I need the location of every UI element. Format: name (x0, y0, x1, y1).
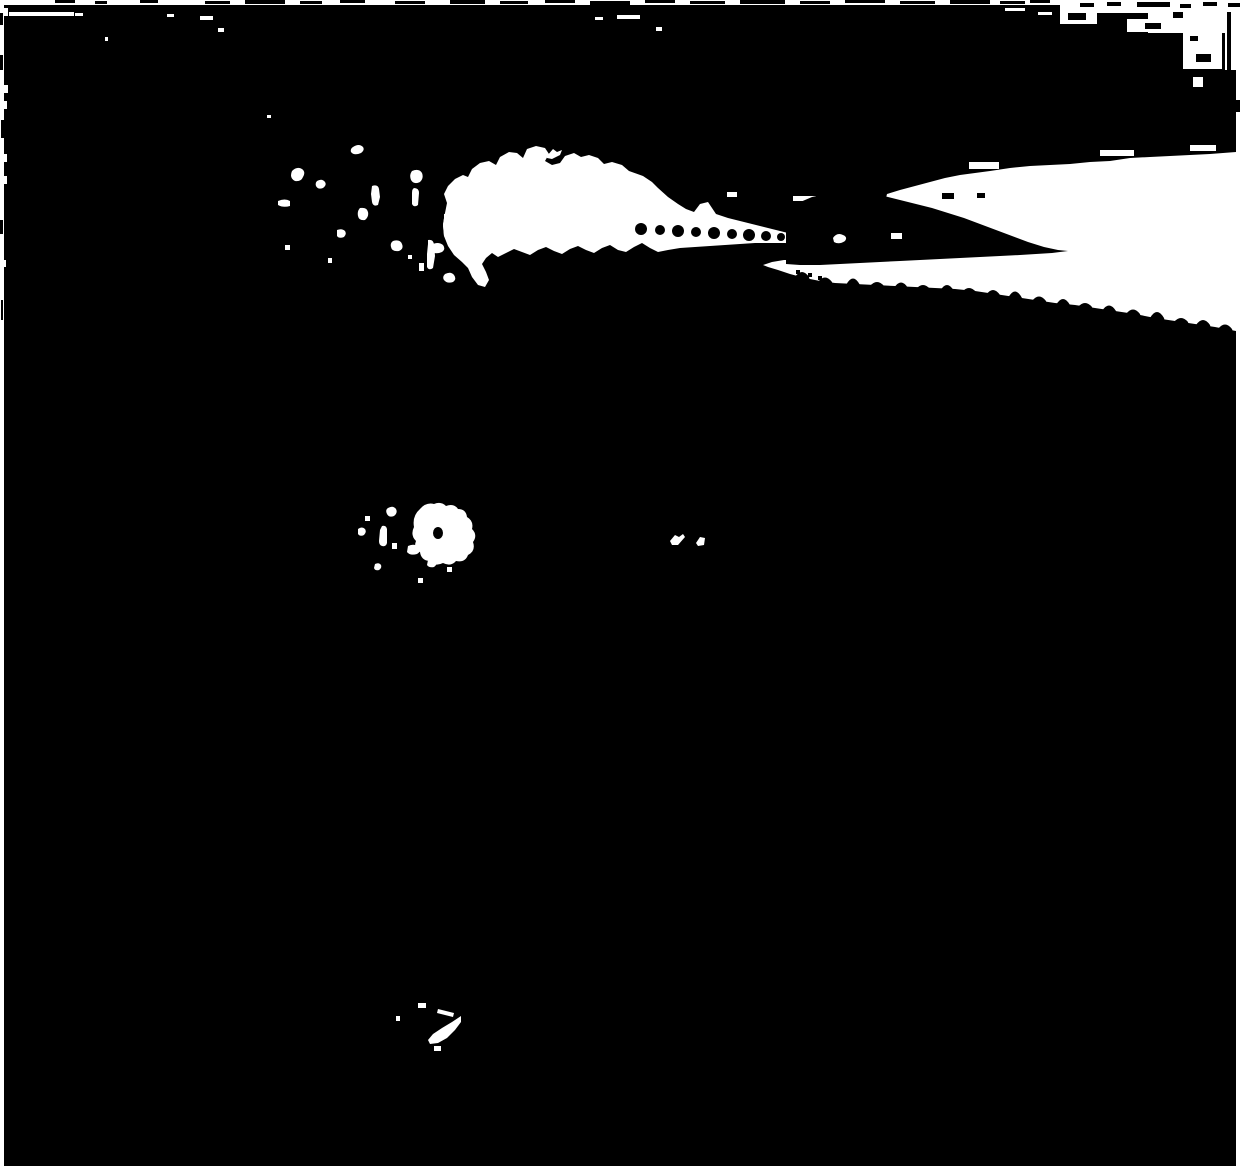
binarized-photo-svg (0, 0, 1240, 1173)
plume-bead-holes-dot (761, 231, 771, 241)
plume-bead-holes-dot (635, 223, 647, 235)
plume-bead-holes-dot (743, 229, 755, 241)
plume-bead-holes-dot (691, 227, 701, 237)
plume-bead-holes-dot (727, 229, 737, 239)
plume-bead-holes-dot (777, 233, 785, 241)
blob-cluster-notch (433, 527, 443, 539)
blob-cluster-notch-dot (433, 527, 443, 539)
plume-bead-holes-dot (708, 227, 720, 239)
screenshot-root (0, 0, 1240, 1173)
plume-bead-holes-dot (655, 225, 665, 235)
plume-bead-holes-dot (672, 225, 684, 237)
